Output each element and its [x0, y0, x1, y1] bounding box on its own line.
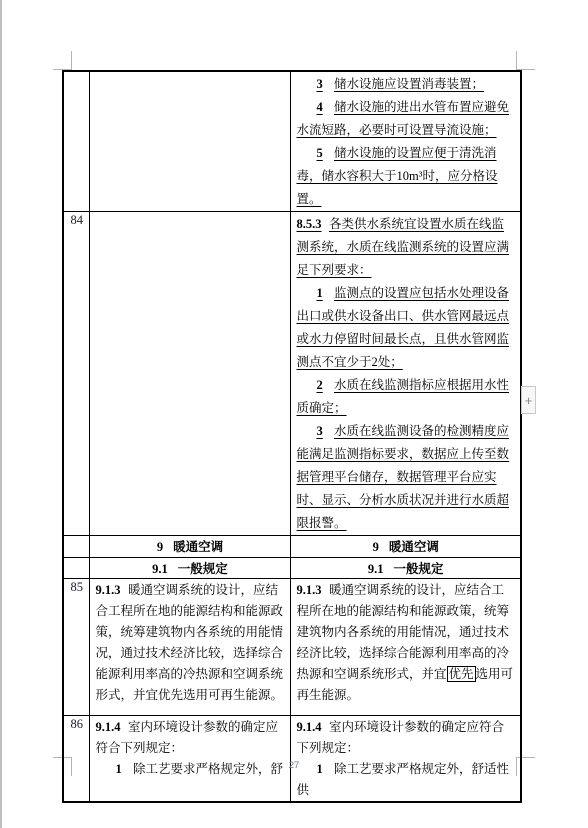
- row-number-cell: [63, 71, 89, 212]
- boxed-revision-word: 优先: [447, 666, 476, 682]
- margin-plus-button[interactable]: +: [521, 386, 536, 414]
- clause-paragraph: 9.1.3暖通空调系统的设计，应结合工程所在地的能源结构和能源政策，统筹建筑物内…: [297, 580, 516, 706]
- row-number-cell: 86: [63, 716, 89, 803]
- item-paragraph: 2水质在线监测指标应根据用水性质确定；: [297, 374, 516, 420]
- new-text-cell: 9.1.4室内环境设计参数的确定应符合下列规定： 1除工艺要求严格规定外，舒适性…: [290, 716, 521, 803]
- new-text-cell: 3储水设施应设置消毒装置； 4储水设施的进出水管布置应避免水流短路，必要时可设置…: [290, 71, 521, 212]
- section-heading-left: 9.1一般规定: [89, 558, 290, 579]
- old-text-cell-empty: [89, 71, 290, 212]
- section-header-row: 9.1一般规定 9.1一般规定: [63, 558, 521, 579]
- margin-crop-mark-top-right: [516, 51, 535, 70]
- chapter-heading-right: 9暖通空调: [290, 536, 521, 558]
- table-row: 84 8.5.3各类供水系统宜设置水质在线监测系统，水质在线监测系统的设置应满足…: [63, 212, 521, 536]
- document-page: { "page_number": "27", "margin_control":…: [0, 0, 588, 828]
- item-paragraph: 4储水设施的进出水管布置应避免水流短路，必要时可设置导流设施；: [297, 96, 516, 142]
- section-heading-right: 9.1一般规定: [290, 558, 521, 579]
- table-row: 3储水设施应设置消毒装置； 4储水设施的进出水管布置应避免水流短路，必要时可设置…: [63, 71, 521, 212]
- old-text-cell: 9.1.3暖通空调系统的设计，应结合工程所在地的能源结构和能源政策，统筹建筑物内…: [89, 579, 290, 716]
- old-text-cell: 9.1.4室内环境设计参数的确定应符合下列规定： 1除工艺要求严格规定外，舒: [89, 716, 290, 803]
- row-number-cell: [63, 558, 89, 579]
- app-window-edge: [0, 0, 2, 828]
- chapter-header-row: 9暖通空调 9暖通空调: [63, 536, 521, 558]
- comparison-table: 3储水设施应设置消毒装置； 4储水设施的进出水管布置应避免水流短路，必要时可设置…: [62, 70, 522, 803]
- table-row: 85 9.1.3暖通空调系统的设计，应结合工程所在地的能源结构和能源政策，统筹建…: [63, 579, 521, 716]
- chapter-heading-left: 9暖通空调: [89, 536, 290, 558]
- item-paragraph: 3水质在线监测设备的检测精度应能满足监测指标要求，数据应上传至数据管理平台储存，…: [297, 420, 516, 535]
- margin-crop-mark-top-left: [53, 51, 72, 70]
- clause-paragraph: 9.1.4室内环境设计参数的确定应符合下列规定：: [297, 717, 516, 759]
- old-text-cell-empty: [89, 212, 290, 536]
- row-number-cell: 85: [63, 579, 89, 716]
- new-text-cell: 9.1.3暖通空调系统的设计，应结合工程所在地的能源结构和能源政策，统筹建筑物内…: [290, 579, 521, 716]
- clause-paragraph: 8.5.3各类供水系统宜设置水质在线监测系统，水质在线监测系统的设置应满足下列要…: [297, 213, 516, 282]
- item-paragraph: 5储水设施的设置应便于清洗消毒，储水容积大于10m³时，应分格设置。: [297, 142, 516, 211]
- row-number-cell: 84: [63, 212, 89, 536]
- row-number-cell: [63, 536, 89, 558]
- clause-paragraph: 9.1.4室内环境设计参数的确定应符合下列规定：: [96, 717, 285, 759]
- table-row: 86 9.1.4室内环境设计参数的确定应符合下列规定： 1除工艺要求严格规定外，…: [63, 716, 521, 803]
- page-number: 27: [0, 760, 588, 771]
- clause-paragraph: 9.1.3暖通空调系统的设计，应结合工程所在地的能源结构和能源政策，统筹建筑物内…: [96, 580, 285, 706]
- item-paragraph: 1监测点的设置应包括水处理设备出口或供水设备出口、供水管网最远点或水力停留时间最…: [297, 282, 516, 374]
- new-text-cell: 8.5.3各类供水系统宜设置水质在线监测系统，水质在线监测系统的设置应满足下列要…: [290, 212, 521, 536]
- item-paragraph: 3储水设施应设置消毒装置；: [297, 73, 516, 96]
